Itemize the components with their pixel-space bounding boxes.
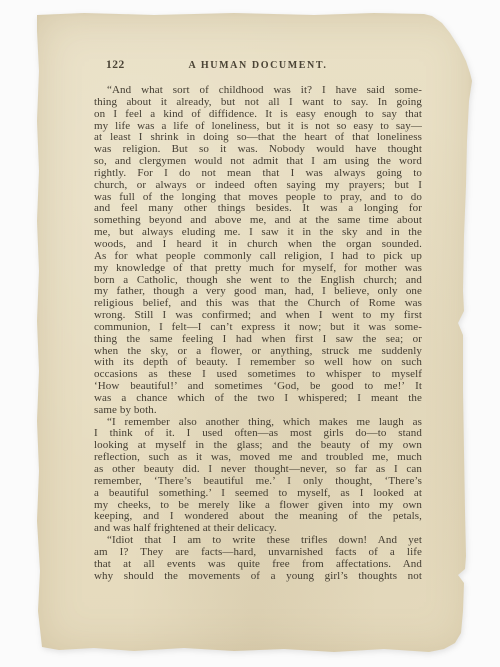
text-line: thing about it already, but not all I wa… [94,97,422,109]
running-title: A HUMAN DOCUMENT. [94,60,422,71]
text-line: that at all events was quite free from a… [94,559,422,571]
scanned-page-wrapper: 122 A HUMAN DOCUMENT. “And what sort of … [34,11,474,657]
page-body-text: “And what sort of childhood was it? I ha… [94,85,422,582]
text-line: rightly. For I do not mean that I was al… [94,168,422,180]
paragraph: “Idiot that I am to write these trifles … [94,535,422,582]
book-page-scan: 122 A HUMAN DOCUMENT. “And what sort of … [34,11,474,657]
text-line: on I feel a kind of diffidence. It is ea… [94,109,422,121]
text-line: thing the same feeling I had when first … [94,334,422,346]
page-header: 122 A HUMAN DOCUMENT. [94,59,422,73]
text-line: why should the movements of a young girl… [94,571,422,583]
text-line: communion, I felt—I can’t express it now… [94,322,422,334]
paragraph: “I remember also another thing, which ma… [94,417,422,535]
text-line: church, or always or indeed often saying… [94,180,422,192]
text-line: a beautiful something.’ I seemed to myse… [94,488,422,500]
paragraph: “And what sort of childhood was it? I ha… [94,85,422,417]
text-line: remember, ‘There’s beautiful me.’ I only… [94,476,422,488]
text-line: As for what people commonly call religio… [94,251,422,263]
text-line: was a chance which of the two I whispere… [94,393,422,405]
text-line: am I? They are facts—hard, unvarnished f… [94,547,422,559]
text-line: same by both. [94,405,422,417]
text-line: my knowledge of that pretty much for mys… [94,263,422,275]
